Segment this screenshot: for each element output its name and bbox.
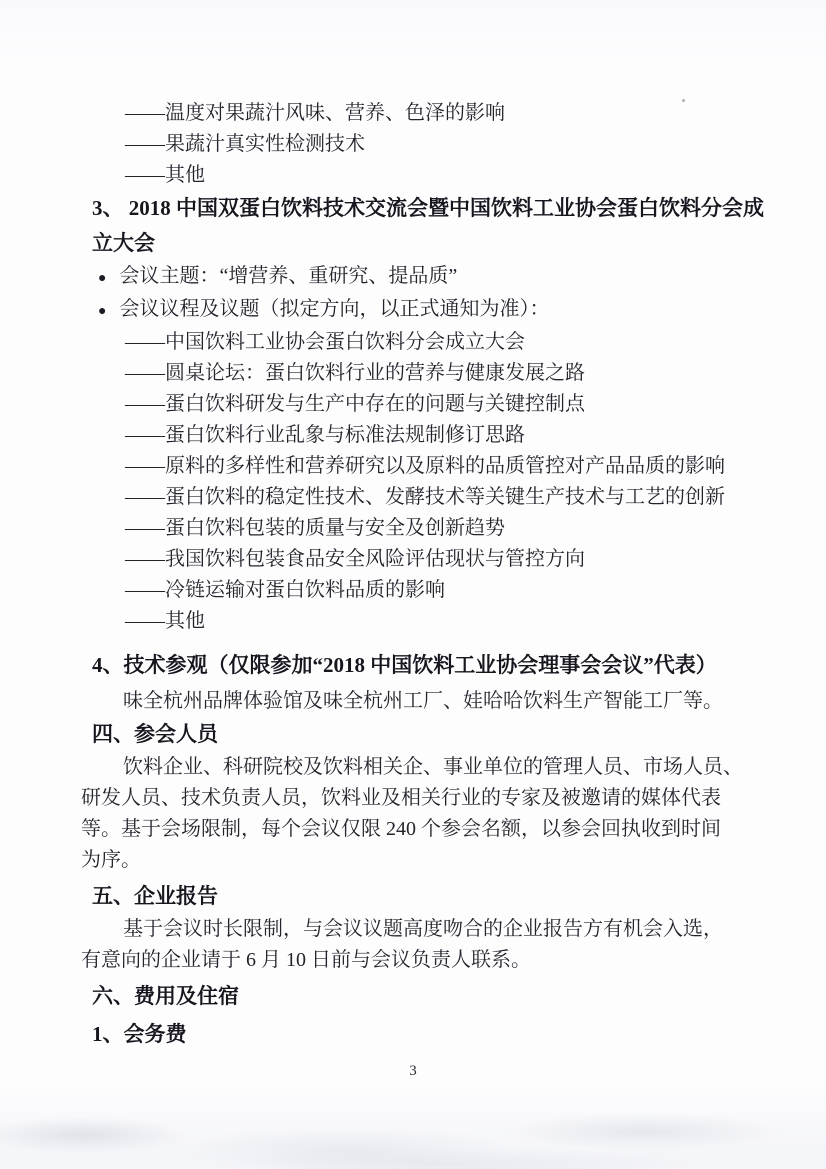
doc-line: ——冷链运输对蛋白饮料品质的影响 [0, 575, 826, 606]
doc-line: ——原料的多样性和营养研究以及原料的品质管控对产品品质的影响 [0, 451, 826, 482]
doc-line: ——蛋白饮料的稳定性技术、发酵技术等关键生产技术与工艺的创新 [0, 482, 826, 513]
doc-line: ——我国饮料包装食品安全风险评估现状与管控方向 [0, 544, 826, 575]
doc-line: 五、企业报告 [0, 879, 826, 914]
doc-line: 立大会 [0, 226, 826, 261]
doc-line: 六、费用及住宿 [0, 979, 826, 1014]
doc-line: 研发人员、技术负责人员，饮料业及相关行业的专家及被邀请的媒体代表 [0, 783, 826, 814]
doc-line: ——其他 [0, 606, 826, 637]
doc-line: 1、会务费 [0, 1017, 826, 1052]
bullet-icon: ● [98, 296, 106, 327]
doc-line: 4、技术参观（仅限参加“2018 中国饮料工业协会理事会会议”代表） [0, 648, 826, 683]
doc-line: 有意向的企业请于 6 月 10 日前与会议负责人联系。 [0, 945, 826, 976]
doc-line-text: 会议议程及议题（拟定方向，以正式通知为准）： [119, 294, 549, 325]
doc-line: 等。基于会场限制，每个会议仅限 240 个参会名额，以参会回执收到时间 [0, 814, 826, 845]
doc-line: ——圆桌论坛：蛋白饮料行业的营养与健康发展之路 [0, 358, 826, 389]
document-body: ——温度对果蔬汁风味、营养、色泽的影响——果蔬汁真实性检测技术——其他3、 20… [0, 98, 826, 1052]
doc-line: ——温度对果蔬汁风味、营养、色泽的影响 [0, 98, 826, 129]
doc-line: ——蛋白饮料研发与生产中存在的问题与关键控制点 [0, 389, 826, 420]
doc-line: ●会议议程及议题（拟定方向，以正式通知为准）： [0, 294, 826, 327]
doc-line-text: 会议主题：“增营养、重研究、提品质” [119, 261, 457, 292]
scan-speck [682, 99, 685, 102]
scan-tint [0, 0, 826, 60]
doc-line: 基于会议时长限制，与会议议题高度吻合的企业报告方有机会入选， [0, 914, 826, 945]
doc-line: ——蛋白饮料行业乱象与标准法规制修订思路 [0, 420, 826, 451]
doc-line: 3、 2018 中国双蛋白饮料技术交流会暨中国饮料工业协会蛋白饮料分会成 [0, 191, 826, 226]
doc-line: ——中国饮料工业协会蛋白饮料分会成立大会 [0, 327, 826, 358]
doc-line: ——其他 [0, 160, 826, 191]
doc-line: 味全杭州品牌体验馆及味全杭州工厂、娃哈哈饮料生产智能工厂等。 [0, 686, 826, 717]
doc-line: ——果蔬汁真实性检测技术 [0, 129, 826, 160]
doc-line: 为序。 [0, 845, 826, 876]
bullet-icon: ● [98, 263, 106, 294]
doc-line: 饮料企业、科研院校及饮料相关企、事业单位的管理人员、市场人员、 [0, 752, 826, 783]
scanned-document-page: ——温度对果蔬汁风味、营养、色泽的影响——果蔬汁真实性检测技术——其他3、 20… [0, 0, 826, 1169]
doc-line: 四、参会人员 [0, 717, 826, 752]
scan-shading [0, 1079, 826, 1169]
page-number: 3 [0, 1063, 826, 1080]
doc-line: ——蛋白饮料包装的质量与安全及创新趋势 [0, 513, 826, 544]
doc-line: ●会议主题：“增营养、重研究、提品质” [0, 261, 826, 294]
